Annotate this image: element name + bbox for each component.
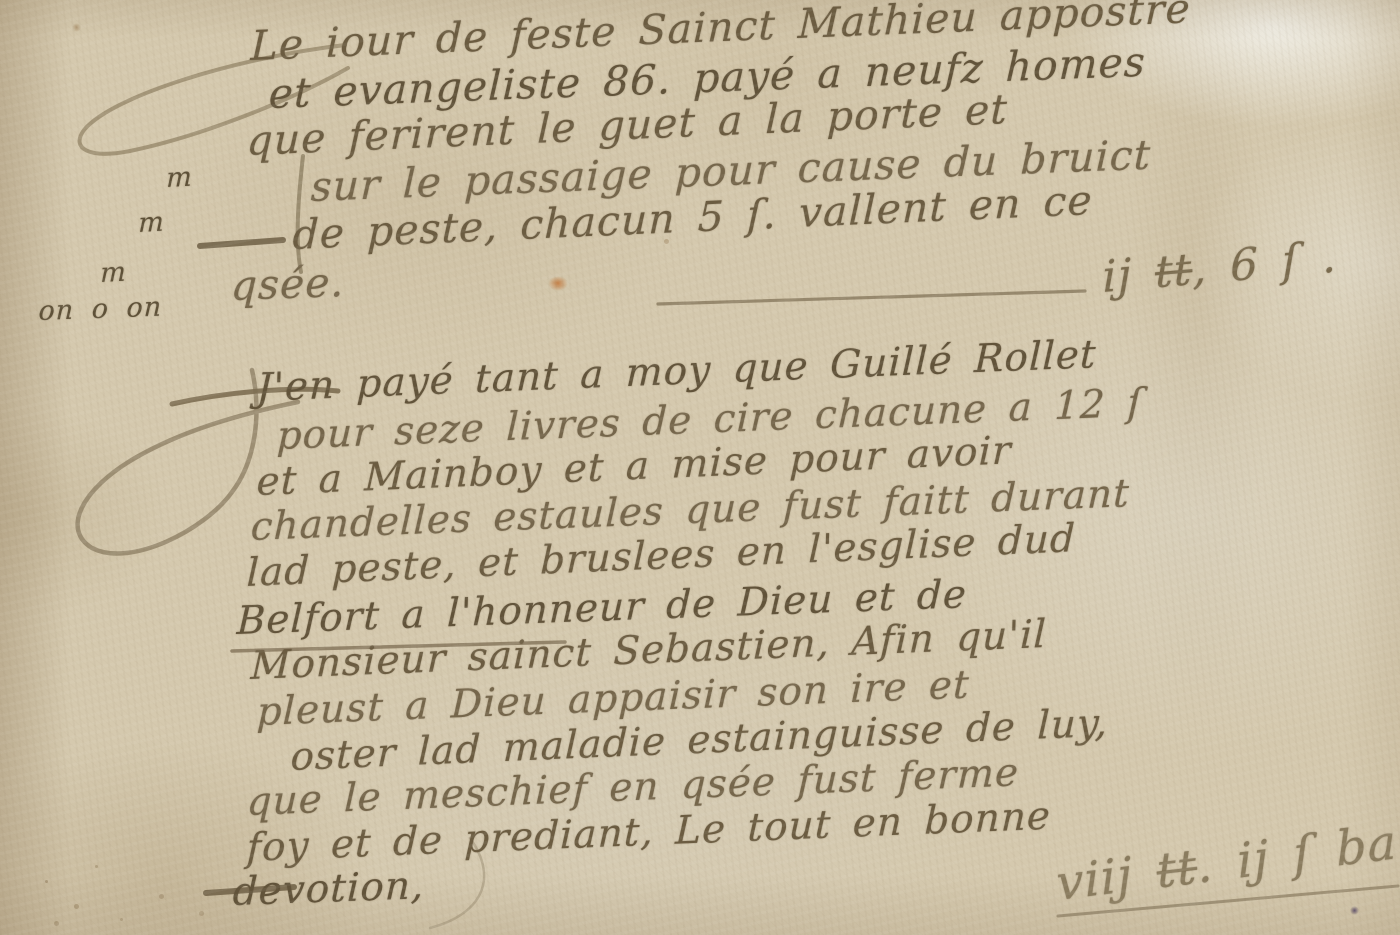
- amount-entry1: ij tt, 6 ſ .: [1102, 231, 1337, 303]
- margin-note: m: [100, 257, 127, 289]
- margin-note: m: [166, 162, 193, 194]
- livre-symbol: tt: [1155, 839, 1198, 900]
- amount-entry1-sols: , 6 ſ .: [1192, 231, 1338, 295]
- ink-stain-orange: [548, 276, 568, 291]
- amount-entry1-livres: ij: [1102, 249, 1132, 303]
- ink-dot-purple: [1350, 906, 1359, 915]
- livre-symbol: tt: [1155, 244, 1193, 298]
- margin-note: on o on: [38, 292, 163, 327]
- paper-freckles: [45, 880, 48, 883]
- amount-entry2: viij tt. ij ſ ba: [1055, 814, 1398, 912]
- paper-speck: [72, 23, 81, 32]
- rule-after-entry1: [658, 291, 1085, 304]
- amount-entry2-livres: viij: [1055, 847, 1134, 912]
- manuscript-page: Le iour de feste Sainct Mathieu appostre…: [0, 0, 1400, 935]
- manuscript-line: qsée.: [230, 258, 345, 310]
- margin-note: m: [138, 207, 165, 239]
- manuscript-line: devotion,: [232, 863, 425, 915]
- dash-entry1-line5: [200, 240, 283, 246]
- amount-entry2-sols: . ij ſ ba: [1196, 814, 1399, 895]
